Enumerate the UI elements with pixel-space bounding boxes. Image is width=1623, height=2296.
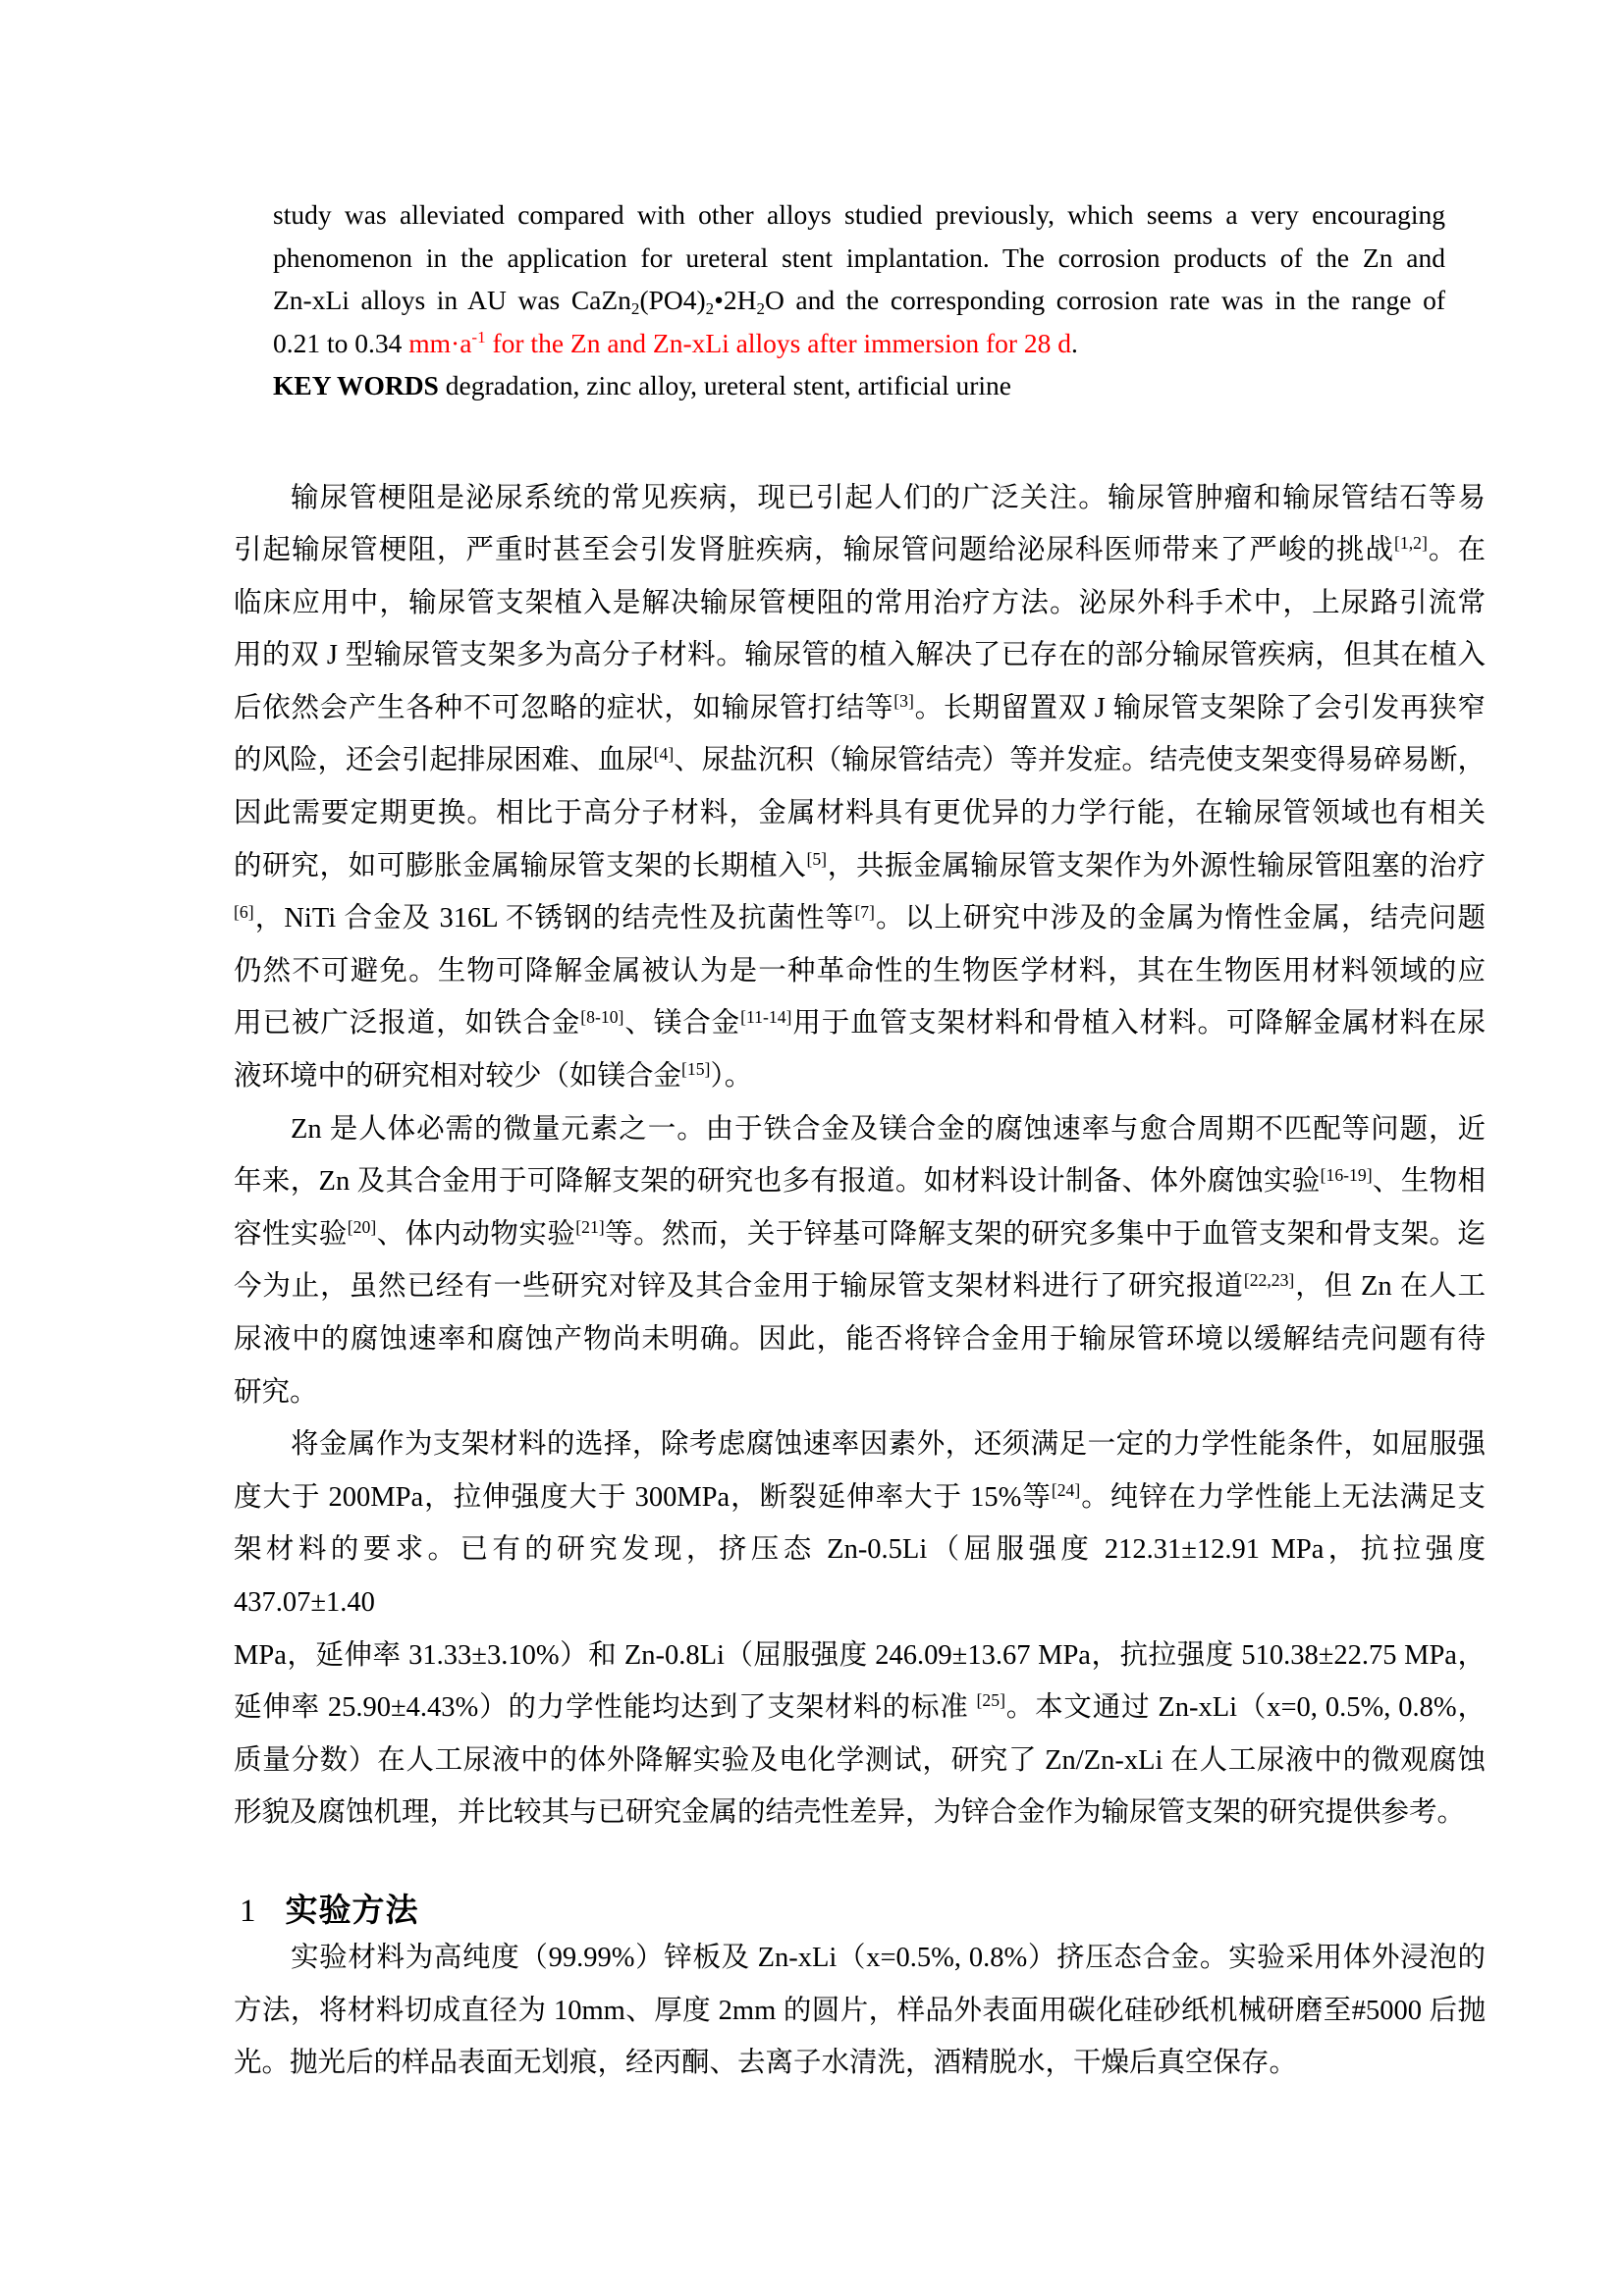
text-line: 仍然不可避免。生物可降解金属被认为是一种革命性的生物医学材料，其在生物医用材料领…: [234, 945, 1486, 998]
text-segment: MPa，延伸率 31.33±3.10%）和 Zn-0.8Li（屈服强度 246.…: [234, 1640, 1486, 1671]
text-line: 输尿管梗阻是泌尿系统的常见疾病，现已引起人们的广泛关注。输尿管肿瘤和输尿管结石等…: [234, 472, 1486, 525]
citation-superscript: [25]: [977, 1690, 1005, 1710]
citation-superscript: [7]: [854, 902, 875, 922]
text-segment: 仍然不可避免。生物可降解金属被认为是一种革命性的生物医学材料，其在生物医用材料领…: [234, 956, 1486, 987]
text-segment: (PO4): [639, 285, 705, 315]
text-segment: .: [1071, 328, 1078, 358]
text-segment: 液环境中的研究相对较少（如镁合金: [234, 1061, 681, 1092]
citation-superscript: [16-19]: [1321, 1165, 1373, 1185]
text-segment: 实验材料为高纯度（99.99%）锌板及 Zn-xLi（x=0.5%, 0.8%）…: [291, 1943, 1486, 1973]
text-segment: degradation, zinc alloy, ureteral stent,…: [439, 370, 1011, 400]
text-line: 架材料的要求。已有的研究发现，挤压态 Zn-0.5Li（屈服强度 212.31±…: [234, 1523, 1486, 1629]
methods-paragraph-1: 实验材料为高纯度（99.99%）锌板及 Zn-xLi（x=0.5%, 0.8%）…: [234, 1932, 1486, 2090]
text-segment: 因此需要定期更换。相比于高分子材料，金属材料具有更优异的力学行能，在输尿管领域也…: [234, 798, 1486, 828]
text-segment: 临床应用中，输尿管支架植入是解决输尿管梗阻的常用治疗方法。泌尿外科手术中，上尿路…: [234, 588, 1486, 618]
text-line: MPa，延伸率 31.33±3.10%）和 Zn-0.8Li（屈服强度 246.…: [234, 1629, 1486, 1682]
text-segment: 、镁合金: [623, 1008, 740, 1039]
text-segment: ，共振金属输尿管支架作为外源性输尿管阻塞的治疗: [827, 851, 1486, 881]
text-segment: 架材料的要求。已有的研究发现，挤压态 Zn-0.5Li（屈服强度 212.31±…: [234, 1534, 1486, 1618]
text-segment: O and the corresponding corrosion rate w…: [765, 285, 1445, 315]
text-segment: Zn 是人体必需的微量元素之一。由于铁合金及镁合金的腐蚀速率与愈合周期不匹配等问…: [291, 1114, 1486, 1145]
text-line: 引起输尿管梗阻，严重时甚至会引发肾脏疾病，输尿管问题给泌尿科医师带来了严峻的挑战…: [234, 524, 1486, 577]
text-line: Zn 是人体必需的微量元素之一。由于铁合金及镁合金的腐蚀速率与愈合周期不匹配等问…: [234, 1103, 1486, 1156]
text-segment: KEY WORDS: [273, 370, 439, 400]
citation-superscript: [8-10]: [580, 1007, 623, 1027]
citation-superscript: [20]: [348, 1217, 376, 1237]
abstract-continuation-block: study was alleviated compared with other…: [273, 193, 1445, 407]
introduction-paragraph-2: Zn 是人体必需的微量元素之一。由于铁合金及镁合金的腐蚀速率与愈合周期不匹配等问…: [234, 1103, 1486, 1419]
citation-superscript: -1: [471, 328, 485, 347]
text-segment: ）。: [710, 1061, 752, 1092]
text-segment: 引起输尿管梗阻，严重时甚至会引发肾脏疾病，输尿管问题给泌尿科医师带来了严峻的挑战: [234, 535, 1394, 565]
text-line: 尿液中的腐蚀速率和腐蚀产物尚未明确。因此，能否将锌合金用于输尿管环境以缓解结壳问…: [234, 1313, 1486, 1366]
text-line: 的风险，还会引起排尿困难、血尿[4]、尿盐沉积（输尿管结壳）等并发症。结壳使支架…: [234, 734, 1486, 787]
text-segment: 用于血管支架材料和骨植入材料。可降解金属材料在尿: [791, 1008, 1486, 1039]
section-number: 1: [240, 1894, 256, 1929]
text-line: 今为止，虽然已经有一些研究对锌及其合金用于输尿管支架材料进行了研究报道[22,2…: [234, 1260, 1486, 1313]
text-line: phenomenon in the application for ureter…: [273, 237, 1445, 280]
text-segment: 用已被广泛报道，如铁合金: [234, 1008, 580, 1039]
text-line: 0.21 to 0.34 mm·a-1 for the Zn and Zn-xL…: [273, 322, 1445, 365]
text-line: [6]，NiTi 合金及 316L 不锈钢的结壳性及抗菌性等[7]。以上研究中涉…: [234, 892, 1486, 945]
text-line: 光。抛光后的样品表面无划痕，经丙酮、去离子水清洗，酒精脱水，干燥后真空保存。: [234, 2037, 1486, 2090]
text-segment: ，NiTi 合金及 316L 不锈钢的结壳性及抗菌性等: [254, 903, 855, 934]
text-segment: 光。抛光后的样品表面无划痕，经丙酮、去离子水清洗，酒精脱水，干燥后真空保存。: [234, 2048, 1297, 2078]
text-line: study was alleviated compared with other…: [273, 193, 1445, 237]
text-segment: 0.21 to 0.34: [273, 328, 408, 358]
citation-superscript: [22,23]: [1244, 1270, 1295, 1290]
text-segment: study was alleviated compared with other…: [273, 199, 1445, 230]
introduction-paragraph-3: 将金属作为支架材料的选择，除考虑腐蚀速率因素外，还须满足一定的力学性能条件，如屈…: [234, 1418, 1486, 1840]
text-segment: 将金属作为支架材料的选择，除考虑腐蚀速率因素外，还须满足一定的力学性能条件，如屈…: [291, 1429, 1486, 1460]
text-line: 因此需要定期更换。相比于高分子材料，金属材料具有更优异的力学行能，在输尿管领域也…: [234, 787, 1486, 840]
citation-superscript: [4]: [654, 744, 675, 764]
text-segment: mm·a: [408, 328, 471, 358]
text-segment: 用的双 J 型输尿管支架多为高分子材料。输尿管的植入解决了已存在的部分输尿管疾病…: [234, 640, 1486, 670]
text-line: Zn-xLi alloys in AU was CaZn2(PO4)2•2H2O…: [273, 279, 1445, 322]
citation-superscript: [21]: [575, 1217, 604, 1237]
text-segment: 形貌及腐蚀机理，并比较其与已研究金属的结壳性差异，为锌合金作为输尿管支架的研究提…: [234, 1797, 1465, 1828]
text-segment: 后依然会产生各种不可忽略的症状，如输尿管打结等: [234, 693, 893, 723]
text-line: 度大于 200MPa，拉伸强度大于 300MPa，断裂延伸率大于 15%等[24…: [234, 1471, 1486, 1524]
text-line: 液环境中的研究相对较少（如镁合金[15]）。: [234, 1050, 1486, 1103]
section-title: 实验方法: [286, 1892, 419, 1928]
text-segment: 尿液中的腐蚀速率和腐蚀产物尚未明确。因此，能否将锌合金用于输尿管环境以缓解结壳问…: [234, 1324, 1486, 1355]
text-segment: for the Zn and Zn-xLi alloys after immer…: [486, 328, 1071, 358]
text-segment: 的研究，如可膨胀金属输尿管支架的长期植入: [234, 851, 806, 881]
page-content: study was alleviated compared with other…: [234, 0, 1486, 2090]
text-segment: 今为止，虽然已经有一些研究对锌及其合金用于输尿管支架材料进行了研究报道: [234, 1271, 1244, 1302]
chemical-subscript: 2: [631, 299, 640, 318]
text-line: 的研究，如可膨胀金属输尿管支架的长期植入[5]，共振金属输尿管支架作为外源性输尿…: [234, 840, 1486, 893]
text-line: 用已被广泛报道，如铁合金[8-10]、镁合金[11-14]用于血管支架材料和骨植…: [234, 997, 1486, 1050]
text-line: 用的双 J 型输尿管支架多为高分子材料。输尿管的植入解决了已存在的部分输尿管疾病…: [234, 629, 1486, 682]
text-segment: 。以上研究中涉及的金属为惰性金属，结壳问题: [875, 903, 1486, 934]
text-segment: 、生物相: [1373, 1166, 1486, 1197]
citation-superscript: [6]: [234, 902, 254, 922]
document-page: study was alleviated compared with other…: [0, 0, 1623, 2296]
citation-superscript: [11-14]: [740, 1007, 791, 1027]
text-segment: 、体内动物实验: [376, 1219, 575, 1250]
text-segment: 。本文通过 Zn-xLi（x=0, 0.5%, 0.8%，: [1005, 1692, 1486, 1723]
text-line: 质量分数）在人工尿液中的体外降解实验及电化学测试，研究了 Zn/Zn-xLi 在…: [234, 1735, 1486, 1788]
introduction-paragraph-1: 输尿管梗阻是泌尿系统的常见疾病，现已引起人们的广泛关注。输尿管肿瘤和输尿管结石等…: [234, 472, 1486, 1103]
text-segment: 的风险，还会引起排尿困难、血尿: [234, 745, 654, 775]
text-segment: 、尿盐沉积（输尿管结壳）等并发症。结壳使支架变得易碎易断，: [674, 745, 1486, 775]
text-segment: 方法，将材料切成直径为 10mm、厚度 2mm 的圆片，样品外表面用碳化硅砂纸机…: [234, 1996, 1486, 2026]
text-line: 延伸率 25.90±4.43%）的力学性能均达到了支架材料的标准 [25]。本文…: [234, 1682, 1486, 1735]
text-line: KEY WORDS degradation, zinc alloy, urete…: [273, 364, 1445, 407]
text-segment: 年来，Zn 及其合金用于可降解支架的研究也多有报道。如材料设计制备、体外腐蚀实验: [234, 1166, 1321, 1197]
text-line: 研究。: [234, 1366, 1486, 1419]
text-segment: 输尿管梗阻是泌尿系统的常见疾病，现已引起人们的广泛关注。输尿管肿瘤和输尿管结石等…: [291, 483, 1486, 513]
citation-superscript: [24]: [1052, 1480, 1080, 1500]
text-line: 形貌及腐蚀机理，并比较其与已研究金属的结壳性差异，为锌合金作为输尿管支架的研究提…: [234, 1787, 1486, 1840]
text-segment: 延伸率 25.90±4.43%）的力学性能均达到了支架材料的标准: [234, 1692, 977, 1723]
text-segment: 。在: [1428, 535, 1486, 565]
text-line: 临床应用中，输尿管支架植入是解决输尿管梗阻的常用治疗方法。泌尿外科手术中，上尿路…: [234, 577, 1486, 630]
citation-superscript: [1,2]: [1394, 533, 1428, 553]
text-segment: 容性实验: [234, 1219, 348, 1250]
text-segment: 。纯锌在力学性能上无法满足支: [1080, 1482, 1486, 1513]
text-segment: 等。然而，关于锌基可降解支架的研究多集中于血管支架和骨支架。迄: [605, 1219, 1486, 1250]
text-line: 后依然会产生各种不可忽略的症状，如输尿管打结等[3]。长期留置双 J 输尿管支架…: [234, 682, 1486, 735]
chemical-subscript: 2: [706, 299, 715, 318]
citation-superscript: [15]: [681, 1059, 710, 1079]
text-segment: 。长期留置双 J 输尿管支架除了会引发再狭窄: [914, 693, 1486, 723]
text-segment: ，但 Zn 在人工: [1294, 1271, 1486, 1302]
text-segment: •2H: [714, 285, 756, 315]
text-line: 年来，Zn 及其合金用于可降解支架的研究也多有报道。如材料设计制备、体外腐蚀实验…: [234, 1155, 1486, 1208]
chemical-subscript: 2: [756, 299, 765, 318]
text-segment: phenomenon in the application for ureter…: [273, 242, 1445, 273]
text-line: 实验材料为高纯度（99.99%）锌板及 Zn-xLi（x=0.5%, 0.8%）…: [234, 1932, 1486, 1985]
text-line: 容性实验[20]、体内动物实验[21]等。然而，关于锌基可降解支架的研究多集中于…: [234, 1208, 1486, 1261]
citation-superscript: [3]: [893, 691, 914, 711]
text-segment: 质量分数）在人工尿液中的体外降解实验及电化学测试，研究了 Zn/Zn-xLi 在…: [234, 1745, 1486, 1776]
text-line: 将金属作为支架材料的选择，除考虑腐蚀速率因素外，还须满足一定的力学性能条件，如屈…: [234, 1418, 1486, 1471]
text-segment: 研究。: [234, 1377, 318, 1408]
text-segment: 度大于 200MPa，拉伸强度大于 300MPa，断裂延伸率大于 15%等: [234, 1482, 1052, 1513]
citation-superscript: [5]: [806, 849, 827, 869]
text-segment: Zn-xLi alloys in AU was CaZn: [273, 285, 631, 315]
section-heading: 1实验方法: [240, 1890, 1486, 1932]
text-line: 方法，将材料切成直径为 10mm、厚度 2mm 的圆片，样品外表面用碳化硅砂纸机…: [234, 1985, 1486, 2038]
